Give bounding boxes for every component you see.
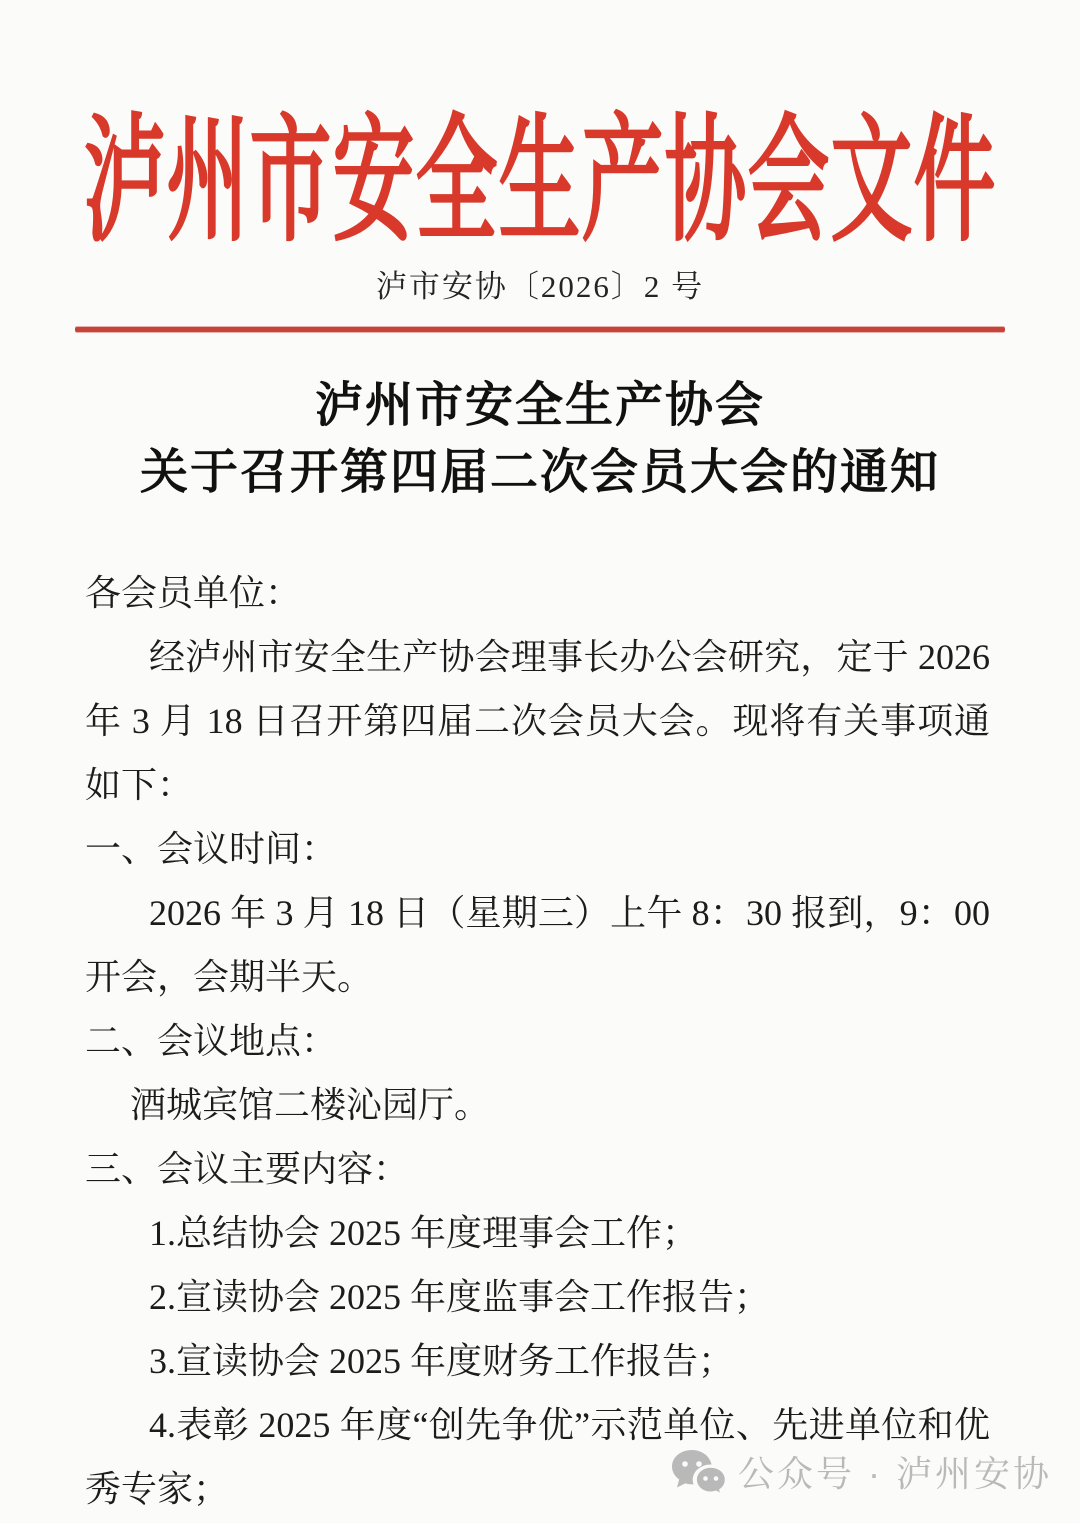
document-page: 泸州市安全生产协会文件 泸市安协〔2026〕2 号 泸州市安全生产协会 关于召开…: [0, 0, 1080, 1523]
wechat-icon: [670, 1448, 726, 1496]
document-banner: 泸州市安全生产协会文件: [0, 72, 1080, 217]
notice-title-line2: 关于召开第四届二次会员大会的通知: [0, 439, 1080, 506]
body-line: 开会，会期半天。: [85, 945, 990, 1009]
watermark-label: 公众号 · 泸州安协: [738, 1446, 1052, 1497]
body-line: 年 3 月 18 日召开第四届二次会员大会。现将有关事项通知: [85, 689, 990, 753]
banner-title: 泸州市安全生产协会文件: [83, 72, 996, 269]
red-divider-line: [75, 327, 1005, 332]
body-line: 3.宣读协会 2025 年度财务工作报告；: [85, 1329, 990, 1393]
body-line: 一、会议时间：: [85, 817, 990, 881]
body-line: 如下：: [85, 753, 990, 817]
body-line: 2.宣读协会 2025 年度监事会工作报告；: [85, 1265, 990, 1329]
body-line: 1.总结协会 2025 年度理事会工作；: [85, 1201, 990, 1265]
document-body: 各会员单位：经泸州市安全生产协会理事长办公会研究，定于 2026年 3 月 18…: [85, 561, 990, 1521]
document-number: 泸市安协〔2026〕2 号: [0, 261, 1080, 306]
notice-title-line1: 泸州市安全生产协会: [0, 372, 1080, 439]
notice-title: 泸州市安全生产协会 关于召开第四届二次会员大会的通知: [0, 372, 1080, 506]
body-line: 各会员单位：: [85, 561, 990, 625]
wechat-watermark: 公众号 · 泸州安协: [670, 1446, 1052, 1497]
body-line: 经泸州市安全生产协会理事长办公会研究，定于 2026: [85, 625, 990, 689]
body-line: 2026 年 3 月 18 日（星期三）上午 8：30 报到，9：00: [85, 881, 990, 945]
body-line: 三、会议主要内容：: [85, 1137, 990, 1201]
body-line: 二、会议地点：: [85, 1009, 990, 1073]
body-line: 酒城宾馆二楼沁园厅。: [85, 1073, 990, 1137]
